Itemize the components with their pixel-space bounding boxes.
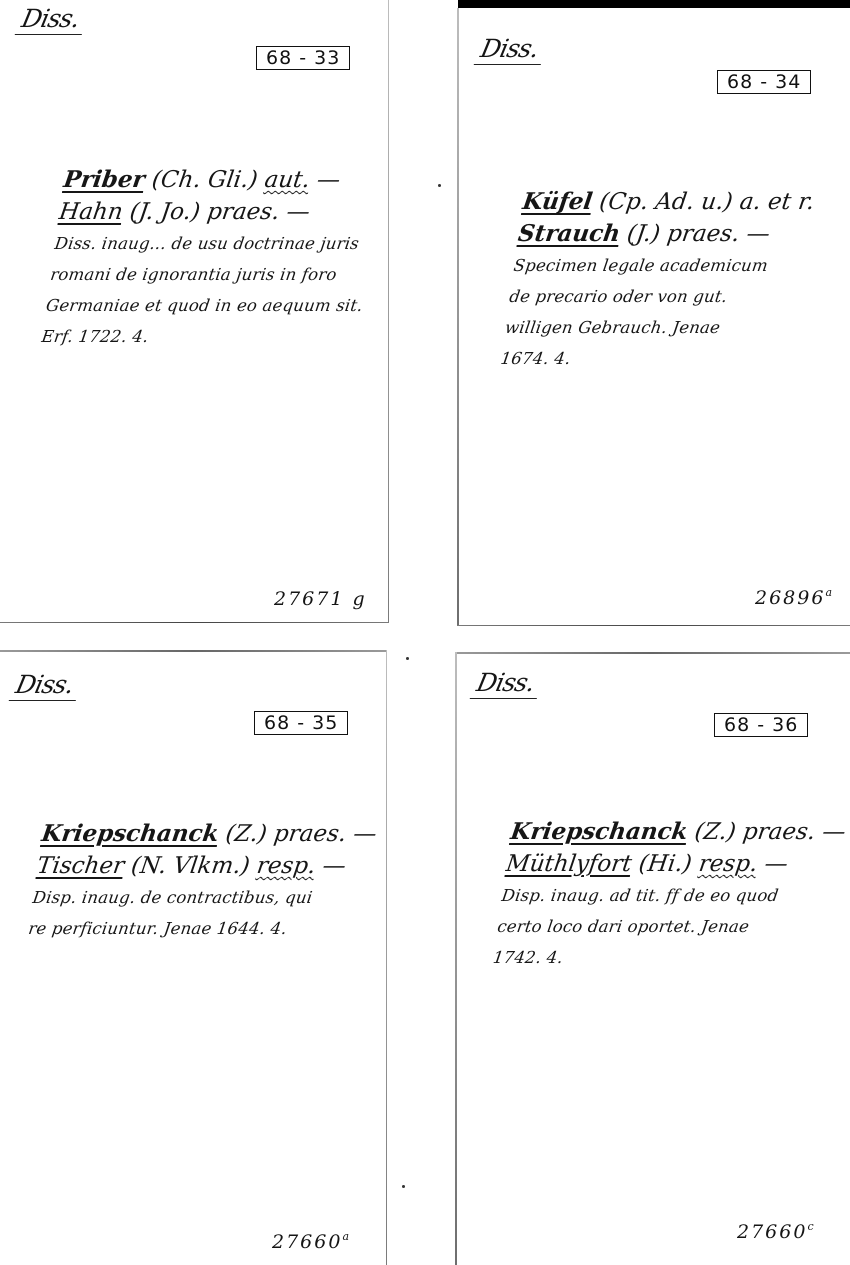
line-dash: — xyxy=(321,853,348,879)
accession-number: 27660a xyxy=(272,1230,349,1253)
scan-speck xyxy=(402,1185,405,1188)
praeses-initials: (Z.) xyxy=(693,819,737,845)
praeses-line: Hahn (J. Jo.) praes. — xyxy=(57,196,378,228)
line-dash: — xyxy=(821,819,848,845)
respondent-role: resp. xyxy=(697,851,759,877)
praeses-name: Kriepschanck xyxy=(40,820,221,847)
praeses-name: Kriepschanck xyxy=(509,818,690,845)
title-line: certo loco dari oportet. Jenae xyxy=(495,911,834,942)
shelfmark-box: 68 - 34 xyxy=(717,70,811,94)
accession-number: 26896a xyxy=(755,586,832,609)
card-edge xyxy=(388,0,390,623)
shelfmark-box: 68 - 36 xyxy=(714,713,808,737)
praeses-initials: (J. Jo.) xyxy=(128,199,202,225)
respondent-line: Tischer (N. Vlkm.) resp. — xyxy=(35,850,374,882)
praeses-role: praes. xyxy=(741,819,817,845)
accession-suffix: c xyxy=(807,1220,813,1233)
praeses-initials: (Z.) xyxy=(224,821,268,847)
catalog-entry: Küfel (Cp. Ad. u.) a. et r. Strauch (J.)… xyxy=(499,186,817,374)
catalog-card-68-35: Diss. 68 - 35 Kriepschanck (Z.) praes. —… xyxy=(0,650,387,1265)
respondent-initials: (N. Vlkm.) xyxy=(130,853,252,879)
accession-number: 27671 g xyxy=(274,588,367,610)
card-edge xyxy=(0,622,389,624)
accession-suffix: g xyxy=(353,588,367,610)
line-dash: — xyxy=(315,167,342,193)
respondent-line: Müthlyfort (Hi.) resp. — xyxy=(504,848,843,880)
praeses-role: praes. xyxy=(665,221,741,247)
praeses-name: Strauch xyxy=(516,220,621,247)
praeses-line: Strauch (J.) praes. — xyxy=(516,218,812,250)
accession-suffix: a xyxy=(825,586,832,599)
praeses-name: Hahn xyxy=(57,199,124,225)
card-edge xyxy=(0,650,387,652)
author-name: Küfel xyxy=(521,188,594,215)
catalog-entry: Priber (Ch. Gli.) aut. — Hahn (J. Jo.) p… xyxy=(40,164,383,352)
catalog-card-68-36: Diss. 68 - 36 Kriepschanck (Z.) praes. —… xyxy=(455,652,850,1265)
category-label: Diss. xyxy=(474,34,547,65)
accession-number: 27660c xyxy=(737,1220,814,1243)
card-edge xyxy=(455,652,850,654)
praeses-initials: (J.) xyxy=(625,221,661,247)
title-line: Diss. inaug... de usu doctrinae juris xyxy=(53,228,374,259)
category-label: Diss. xyxy=(9,670,82,701)
accession-digits: 27671 xyxy=(274,588,344,610)
author-name: Priber xyxy=(62,166,147,193)
shelfmark-box: 68 - 33 xyxy=(256,46,350,70)
title-line: Disp. inaug. de contractibus, qui xyxy=(31,882,370,913)
respondent-role: resp. xyxy=(255,853,317,879)
scan-speck xyxy=(406,657,409,660)
catalog-card-68-34: Diss. 68 - 34 Küfel (Cp. Ad. u.) a. et r… xyxy=(457,8,850,626)
author-initials: (Cp. Ad. u.) xyxy=(598,189,735,215)
catalog-entry: Kriepschanck (Z.) praes. — Müthlyfort (H… xyxy=(491,816,848,973)
line-dash: — xyxy=(285,199,312,225)
praeses-line: Kriepschanck (Z.) praes. — xyxy=(509,816,848,848)
title-line: de precario oder von gut. xyxy=(507,281,803,312)
author-line: Küfel (Cp. Ad. u.) a. et r. xyxy=(521,186,817,218)
respondent-name: Tischer xyxy=(35,853,125,879)
line-dash: — xyxy=(745,221,772,247)
scan-speck xyxy=(438,184,441,187)
imprint-line: 1742. 4. xyxy=(491,942,830,973)
title-line: re perficiuntur. Jenae 1644. 4. xyxy=(26,913,365,944)
imprint-line: Erf. 1722. 4. xyxy=(40,321,361,352)
author-line: Priber (Ch. Gli.) aut. — xyxy=(62,164,383,196)
card-edge xyxy=(386,650,388,1265)
title-line: willigen Gebrauch. Jenae xyxy=(503,312,799,343)
author-role: aut. xyxy=(263,167,312,193)
title-line: Specimen legale academicum xyxy=(512,250,808,281)
title-line: romani de ignorantia juris in foro xyxy=(48,259,369,290)
card-edge xyxy=(457,8,459,626)
card-edge xyxy=(455,652,457,1265)
scan-top-border xyxy=(458,0,850,8)
imprint-line: 1674. 4. xyxy=(499,343,795,374)
author-role: a. et r. xyxy=(738,189,816,215)
accession-digits: 26896 xyxy=(755,587,825,609)
title-line: Germaniae et quod in eo aequum sit. xyxy=(44,290,365,321)
line-dash: — xyxy=(763,851,790,877)
catalog-card-68-33: Diss. 68 - 33 Priber (Ch. Gli.) aut. — H… xyxy=(0,0,389,623)
author-initials: (Ch. Gli.) xyxy=(150,167,259,193)
card-edge xyxy=(457,625,850,627)
praeses-role: praes. xyxy=(272,821,348,847)
shelfmark-box: 68 - 35 xyxy=(254,711,348,735)
respondent-name: Müthlyfort xyxy=(504,851,633,877)
category-label: Diss. xyxy=(15,4,88,35)
title-line: Disp. inaug. ad tit. ff de eo quod xyxy=(500,880,839,911)
praeses-role: praes. xyxy=(205,199,281,225)
category-label: Diss. xyxy=(470,668,543,699)
accession-digits: 27660 xyxy=(272,1231,342,1253)
respondent-initials: (Hi.) xyxy=(637,851,693,877)
praeses-line: Kriepschanck (Z.) praes. — xyxy=(40,818,379,850)
accession-digits: 27660 xyxy=(737,1221,807,1243)
line-dash: — xyxy=(352,821,379,847)
accession-suffix: a xyxy=(342,1230,349,1243)
catalog-entry: Kriepschanck (Z.) praes. — Tischer (N. V… xyxy=(26,818,378,944)
